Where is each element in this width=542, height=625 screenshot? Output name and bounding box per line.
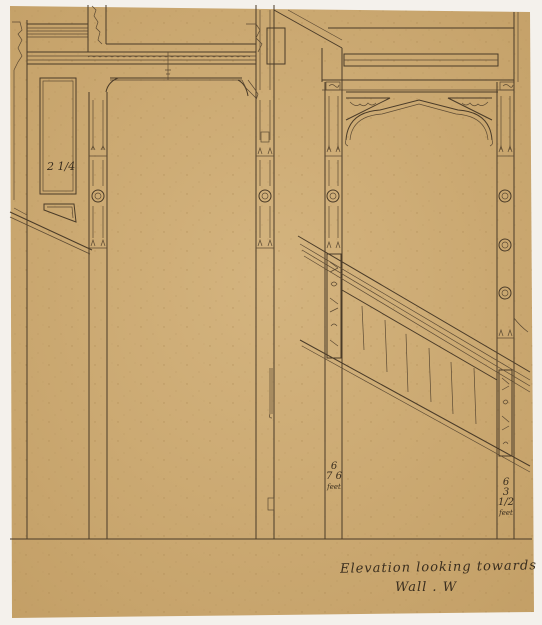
drawing-sheet [0, 0, 542, 625]
elevation-drawing [0, 0, 542, 625]
